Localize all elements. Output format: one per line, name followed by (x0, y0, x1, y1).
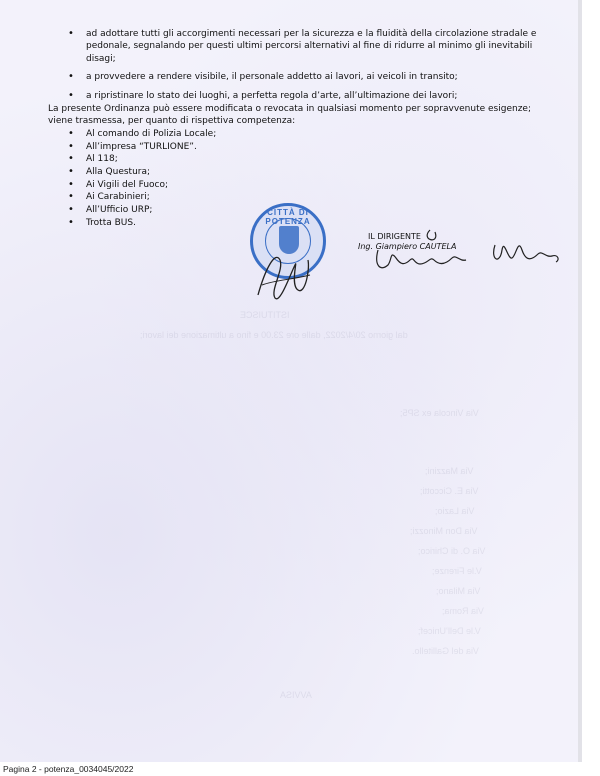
bleed-through-text: V.le Dell’Unicef; (418, 626, 481, 636)
bleed-through-text: Via Milano; (436, 586, 480, 596)
list-item: Alla Questura; (52, 166, 552, 178)
bleed-through-text: Via del Gallitello. (412, 646, 479, 656)
list-item: Al comando di Polizia Locale; (52, 128, 552, 140)
transmission-paragraph: La presente Ordinanza può essere modific… (48, 103, 552, 128)
list-item: a ripristinare lo stato dei luoghi, a pe… (52, 90, 552, 102)
scanned-page: ISTITUISCE dal giorno 20/4/2022, dalle o… (0, 0, 578, 762)
bleed-through-text: AVVISA (280, 690, 312, 700)
list-item: ad adottare tutti gli accorgimenti neces… (52, 28, 552, 65)
bleed-through-text: Via Don Minozzi; (410, 526, 477, 536)
bleed-through-text: ISTITUISCE (240, 310, 290, 320)
document-body: ad adottare tutti gli accorgimenti neces… (52, 28, 552, 229)
list-item: All’impresa “TURLIONE”. (52, 141, 552, 153)
obligations-list: ad adottare tutti gli accorgimenti neces… (52, 28, 552, 102)
bleed-through-text: Via Mazzini; (425, 466, 473, 476)
list-item: Ai Vigili del Fuoco; (52, 179, 552, 191)
list-item: Ai Carabinieri; (52, 191, 552, 203)
handwritten-signature-right (370, 220, 570, 275)
bleed-through-text: dal giorno 20/4/2022, dalle ore 23.00 e … (140, 330, 408, 340)
bleed-through-text: Via Lazio; (435, 506, 474, 516)
bleed-through-text: Via E. Ciccotti; (420, 486, 478, 496)
bleed-through-text: V.le Firenze; (432, 566, 482, 576)
page-footer: Pagina 2 - potenza_0034045/2022 (3, 764, 133, 774)
page-edge (578, 0, 582, 762)
list-item: Al 118; (52, 153, 552, 165)
list-item: a provvedere a rendere visibile, il pers… (52, 71, 552, 83)
bleed-through-text: Via Vincola ex SP5; (400, 408, 479, 418)
handwritten-signature-left (250, 240, 320, 305)
bleed-through-text: Via O. di Chirico; (418, 546, 485, 556)
bleed-through-text: Via Roma; (442, 606, 484, 616)
